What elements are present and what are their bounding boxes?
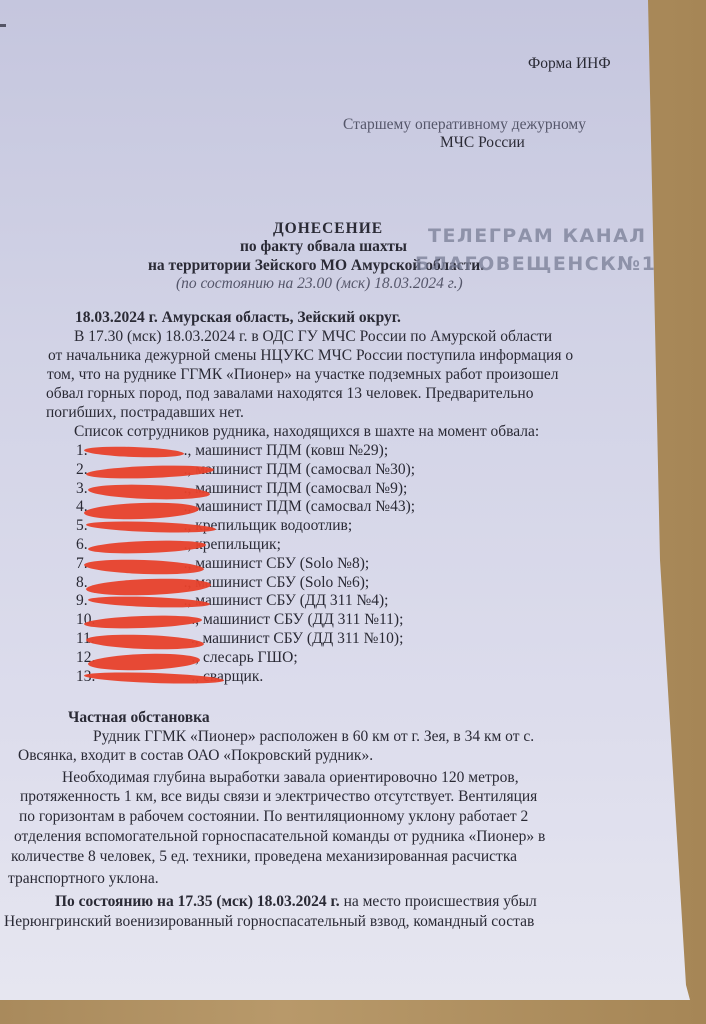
situation-p2-line-1: Необходимая глубина выработки завала ори… bbox=[62, 769, 519, 787]
situation-p3-line-1: По состоянию на 17.35 (мск) 18.03.2024 г… bbox=[55, 893, 537, 911]
employee-role: ., машинист ПДМ (самосвал №30); bbox=[184, 461, 415, 478]
employee-role: ., машинист СБУ (ДД 311 №4); bbox=[184, 592, 389, 609]
situation-p2-line-4: отделения вспомогательной горноспасатель… bbox=[14, 828, 545, 846]
situation-p2-line-2: протяженность 1 км, все виды связи и эле… bbox=[20, 788, 537, 806]
addressee-line-1: Старшему оперативному дежурному bbox=[343, 116, 586, 134]
situation-p3-bold: По состоянию на 17.35 (мск) 18.03.2024 г… bbox=[55, 893, 340, 910]
situation-p1-line-2: Овсянка, входит в состав ОАО «Покровский… bbox=[18, 747, 373, 765]
employee-role: ., слесарь ГШО; bbox=[191, 649, 297, 666]
intro-line-2: от начальника дежурной смены НЦУКС МЧС Р… bbox=[48, 347, 573, 365]
intro-line-3: том, что на руднике ГГМК «Пионер» на уча… bbox=[47, 366, 559, 384]
intro-line-5: погибших, пострадавших нет. bbox=[46, 404, 244, 422]
employee-number: 2. bbox=[76, 461, 88, 478]
situation-p2-line-5: количестве 8 человек, 5 ед. техники, про… bbox=[11, 848, 517, 866]
status-as-of: (по состоянию на 23.00 (мск) 18.03.2024 … bbox=[176, 275, 463, 293]
employee-number: 6. bbox=[76, 536, 88, 553]
intro-line-4: обвал горных пород, под завалами находят… bbox=[46, 385, 533, 403]
document-title: ДОНЕСЕНИЕ bbox=[273, 220, 383, 238]
addressee-line-2: МЧС России bbox=[440, 134, 525, 152]
section-heading: Частная обстановка bbox=[68, 709, 210, 727]
intro-line-1: В 17.30 (мск) 18.03.2024 г. в ОДС ГУ МЧС… bbox=[74, 328, 552, 346]
employee-role: ., крепильщик водоотлив; bbox=[184, 517, 353, 534]
employee-number: 5. bbox=[76, 517, 88, 534]
corner-mark bbox=[0, 24, 6, 27]
employee-role: ., машинист ПДМ (самосвал №9); bbox=[184, 480, 408, 497]
situation-p2-line-6: транспортного уклона. bbox=[8, 870, 159, 888]
list-heading: Список сотрудников рудника, находящихся … bbox=[74, 423, 539, 441]
employee-role: ., машинист СБУ (Solo №6); bbox=[184, 574, 370, 591]
document-subtitle-1: по факту обвала шахты bbox=[240, 238, 407, 256]
watermark-line-2: БЛАГОВЕЩЕНСК№1 bbox=[415, 253, 656, 275]
employee-number: 9. bbox=[76, 592, 88, 609]
watermark-line-1: ТЕЛЕГРАМ КАНАЛ bbox=[428, 225, 647, 247]
location-line: 18.03.2024 г. Амурская область, Зейский … bbox=[75, 309, 401, 327]
situation-p3-rest: на место происшествия убыл bbox=[340, 893, 537, 910]
employee-role: ., машинист СБУ (ДД 311 №11); bbox=[191, 611, 403, 628]
situation-p2-line-3: по горизонтам в рабочем состоянии. По ве… bbox=[19, 808, 528, 826]
employee-number: 3. bbox=[76, 480, 88, 497]
employee-role: ., машинист ПДМ (самосвал №43); bbox=[184, 498, 415, 515]
form-label: Форма ИНФ bbox=[528, 55, 611, 73]
employee-role: ., машинист СБУ (Solo №8); bbox=[184, 555, 370, 572]
situation-p1-line-1: Рудник ГГМК «Пионер» расположен в 60 км … bbox=[93, 728, 534, 746]
employee-role: ., машинист СБУ (ДД 311 №10); bbox=[191, 630, 404, 647]
employee-role: ., машинист ПДМ (ковш №29); bbox=[184, 442, 389, 459]
situation-p3-line-2: Нерюнгринский военизированный горноспаса… bbox=[4, 913, 534, 931]
